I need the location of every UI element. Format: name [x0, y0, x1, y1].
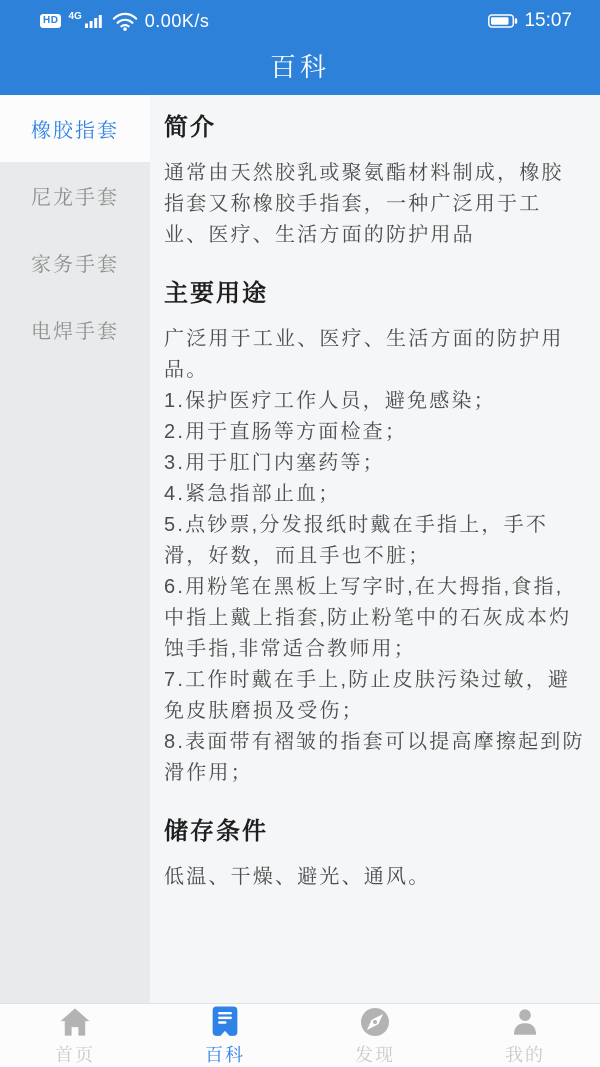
profile-icon: [508, 1005, 542, 1039]
category-sidebar: 橡胶指套 尼龙手套 家务手套 电焊手套: [0, 95, 150, 1003]
article-list-item: 5.点钞票,分发报纸时戴在手指上，手不滑，好数，而且手也不脏；: [164, 510, 585, 572]
app-header: HD 4G 0.00K/s: [0, 0, 600, 95]
battery-icon: [488, 13, 518, 29]
home-icon: [58, 1005, 92, 1039]
page-title: 百科: [270, 47, 330, 84]
tab-profile[interactable]: 我的: [450, 1004, 600, 1067]
article-section-intro: 简介 通常由天然胶乳或聚氨酯材料制成，橡胶指套又称橡胶手指套，一种广泛用于工业、…: [164, 113, 585, 251]
article-paragraph: 通常由天然胶乳或聚氨酯材料制成，橡胶指套又称橡胶手指套，一种广泛用于工业、医疗、…: [164, 158, 585, 251]
hd-icon: HD: [40, 14, 61, 28]
sidebar-item-label: 尼龙手套: [31, 181, 119, 210]
sidebar-item-label: 家务手套: [31, 248, 119, 277]
section-heading: 储存条件: [164, 817, 585, 847]
encyclopedia-icon: [208, 1005, 242, 1039]
sidebar-item-household-gloves[interactable]: 家务手套: [0, 229, 150, 296]
sidebar-item-nylon-gloves[interactable]: 尼龙手套: [0, 162, 150, 229]
tab-label: 首页: [55, 1041, 95, 1067]
status-bar: HD 4G 0.00K/s: [0, 0, 600, 36]
discover-compass-icon: [358, 1005, 392, 1039]
article-list-item: 6.用粉笔在黑板上写字时,在大拇指,食指,中指上戴上指套,防止粉笔中的石灰成本灼…: [164, 572, 585, 665]
article-list-item: 7.工作时戴在手上,防止皮肤污染过敏，避免皮肤磨损及受伤；: [164, 665, 585, 727]
tab-label: 百科: [205, 1041, 245, 1067]
article-paragraph: 广泛用于工业、医疗、生活方面的防护用品。: [164, 324, 585, 386]
tab-label: 我的: [505, 1041, 545, 1067]
wifi-icon: [112, 12, 138, 31]
clock-label: 15:07: [524, 10, 572, 32]
sidebar-item-rubber-finger-cot[interactable]: 橡胶指套: [0, 95, 150, 162]
article-section-uses: 主要用途 广泛用于工业、医疗、生活方面的防护用品。 1.保护医疗工作人员，避免感…: [164, 279, 585, 789]
network-type-label: 4G: [68, 11, 81, 22]
article-paragraph: 低温、干燥、避光、通风。: [164, 862, 585, 893]
sidebar-item-welding-gloves[interactable]: 电焊手套: [0, 296, 150, 363]
title-bar: 百科: [0, 36, 600, 95]
bottom-tab-bar: 首页 百科 发现 我的: [0, 1003, 600, 1067]
section-heading: 主要用途: [164, 279, 585, 309]
sidebar-item-label: 电焊手套: [31, 315, 119, 344]
article-scroll-area[interactable]: 简介 通常由天然胶乳或聚氨酯材料制成，橡胶指套又称橡胶手指套，一种广泛用于工业、…: [150, 95, 600, 1003]
article-list-item: 4.紧急指部止血；: [164, 479, 585, 510]
tab-home[interactable]: 首页: [0, 1004, 150, 1067]
article-list-item: 3.用于肛门内塞药等；: [164, 448, 585, 479]
article-section-storage: 储存条件 低温、干燥、避光、通风。: [164, 817, 585, 893]
app-screen: HD 4G 0.00K/s: [0, 0, 600, 1067]
tab-encyclopedia[interactable]: 百科: [150, 1004, 300, 1067]
network-speed-label: 0.00K/s: [145, 11, 210, 32]
article-list-item: 2.用于直肠等方面检查；: [164, 417, 585, 448]
section-heading: 简介: [164, 113, 585, 143]
status-bar-left: HD 4G 0.00K/s: [40, 11, 488, 32]
article-list-item: 8.表面带有褶皱的指套可以提高摩擦起到防滑作用；: [164, 727, 585, 789]
signal-strength-icon: [85, 13, 105, 29]
sidebar-item-label: 橡胶指套: [31, 114, 119, 143]
article-list-item: 1.保护医疗工作人员，避免感染；: [164, 386, 585, 417]
tab-label: 发现: [355, 1041, 395, 1067]
status-bar-right: 15:07: [488, 10, 572, 32]
tab-discover[interactable]: 发现: [300, 1004, 450, 1067]
content-area: 橡胶指套 尼龙手套 家务手套 电焊手套 简介 通常由天然胶乳或聚氨酯材料制成，橡…: [0, 95, 600, 1003]
